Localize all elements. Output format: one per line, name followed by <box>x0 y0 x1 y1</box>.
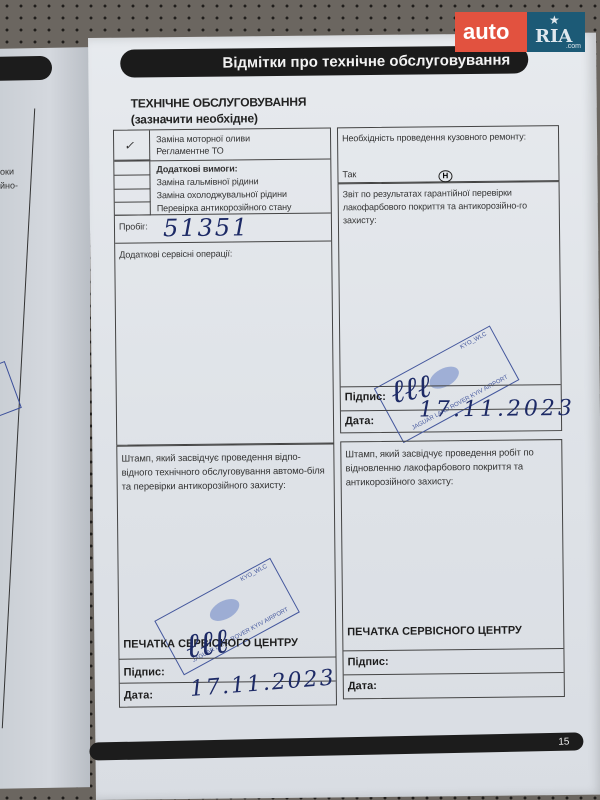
stamp-code: KYO_WLC <box>459 331 488 350</box>
date-value[interactable]: 17.11.2023 <box>419 396 575 423</box>
page-title: Відмітки про технічне обслуговування <box>222 51 510 71</box>
signature-scribble: ℓℓℓ <box>183 621 231 667</box>
watermark-com: .com <box>566 43 581 50</box>
body-repair-box: Необхідність проведення кузовного ремонт… <box>337 125 560 183</box>
date-label: Дата: <box>348 680 377 692</box>
checkbox-oil-and-regular[interactable]: ✓ <box>114 130 150 160</box>
checkmark-icon: ✓ <box>124 139 134 153</box>
maintenance-box: ✓ Заміна моторної оливи Регламентне ТО Д… <box>113 127 334 445</box>
checkbox-coolant[interactable] <box>115 189 151 202</box>
extra-item-coolant: Заміна охолоджувальної рідини <box>157 188 287 201</box>
checkbox-brake-fluid[interactable] <box>114 175 150 189</box>
warranty-report-box: Звіт по результатах гарантійної перевірк… <box>338 181 563 433</box>
date-value[interactable]: 17.11.2023 <box>189 665 337 702</box>
extra-item-brake-fluid: Заміна гальмівної рідини <box>156 175 258 188</box>
service-record-page: Відмітки про технічне обслуговування ТЕХ… <box>88 33 600 800</box>
mileage-label: Пробіг: <box>119 220 148 232</box>
service-stamp-box: Штамп, який засвідчує проведення відпо-в… <box>116 443 337 707</box>
signature-label: Підпис: <box>347 656 388 668</box>
star-icon: ★ <box>549 13 560 27</box>
mileage-value[interactable]: 51351 <box>163 213 250 242</box>
previous-page-header-bar <box>0 56 52 81</box>
divider <box>344 672 564 675</box>
extra-requirements-title: Додаткові вимоги: <box>156 162 237 175</box>
warranty-report-label: Звіт по результатах гарантійної перевірк… <box>343 186 553 227</box>
body-repair-label: Необхідність проведення кузовного ремонт… <box>342 130 542 144</box>
option-no: Н <box>438 170 452 182</box>
section-title: ТЕХНІЧНЕ ОБСЛУГОВУВАННЯ <box>131 94 307 112</box>
date-label: Дата: <box>345 415 374 427</box>
additional-ops-label: Додаткові сервісні операції: <box>119 248 232 261</box>
option-no-circled[interactable]: Н <box>438 165 452 183</box>
signature-label: Підпис: <box>345 391 386 403</box>
stamp-logo-icon <box>426 362 463 393</box>
section-heading: ТЕХНІЧНЕ ОБСЛУГОВУВАННЯ (зазначити необх… <box>131 94 307 128</box>
page-number: 15 <box>558 736 569 747</box>
signature-label: Підпис: <box>124 666 165 678</box>
service-item-oil: Заміна моторної оливи <box>156 132 250 145</box>
service-stamp-instructions: Штамп, який засвідчує проведення відпо-в… <box>121 451 327 495</box>
previous-page-text-fragment: йно- <box>0 180 18 190</box>
previous-page-table-line <box>2 108 35 728</box>
service-center-seal-title: ПЕЧАТКА СЕРВІСНОГО ЦЕНТРУ <box>347 624 522 638</box>
stamp-code: KYO_WLC <box>240 564 269 583</box>
date-label: Дата: <box>124 689 153 701</box>
previous-page-text-fragment: оки <box>0 166 14 176</box>
previous-page-edge: оки йно- <box>0 47 90 789</box>
autoria-watermark: auto ★ RIA .com <box>455 12 585 52</box>
watermark-ria: ★ RIA .com <box>527 12 585 52</box>
paint-stamp-box: Штамп, який засвідчує проведення робіт п… <box>340 439 565 699</box>
paint-stamp-instructions: Штамп, який засвідчує проведення робіт п… <box>345 446 555 490</box>
divider <box>343 648 563 651</box>
page-footer-bar: 15 <box>89 732 583 760</box>
watermark-auto: auto <box>455 12 527 52</box>
checkbox-spacer <box>114 161 150 175</box>
option-yes[interactable]: Так <box>342 168 356 180</box>
divider <box>115 240 331 243</box>
section-subtitle: (зазначити необхідне) <box>131 110 307 128</box>
service-item-regular: Регламентне ТО <box>156 145 224 158</box>
